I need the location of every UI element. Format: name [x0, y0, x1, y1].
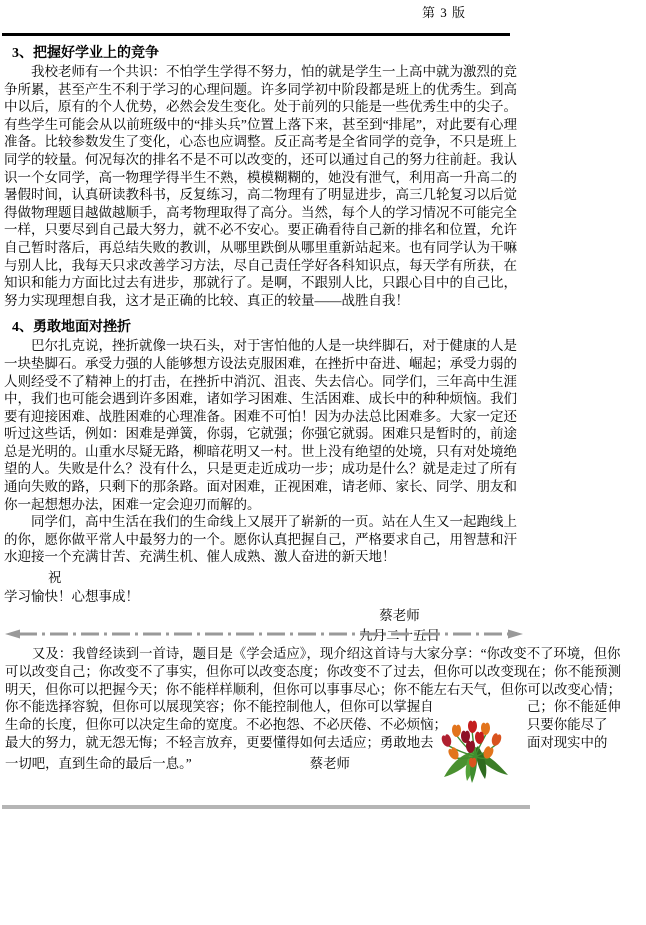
postscript: 又及：我曾经读到一首诗，题目是《学会适应》，现介绍这首诗与大家分享：“你改变不了… — [5, 645, 639, 774]
postscript-line: 生命的长度，但你可以决定生命的宽度。不必抱怨、不必厌倦、不必烦恼；只要你能尽了 — [5, 716, 639, 734]
page-number-label: 第 3 版 — [422, 5, 466, 20]
dashed-arrow-divider — [3, 628, 525, 640]
letter-signature: 蔡老师 — [4, 606, 517, 626]
newspaper-page: 第 3 版 3、把握好学业上的竞争 我校老师有一个共识：不怕学生学得不努力，怕的… — [0, 0, 646, 925]
postscript-line: 你不能选择容貌，但你可以展现笑容；你不能控制他人，但你可以掌握自己；你不能延伸 — [5, 698, 639, 716]
arrow-left-icon — [5, 630, 20, 639]
footer-rule — [2, 805, 530, 809]
closing-salute: 祝 — [4, 568, 517, 587]
postscript-line: 一切吧，直到生命的最后一息。”蔡老师 — [5, 754, 639, 774]
section-4-heading: 4、勇敢地面对挫折 — [4, 318, 517, 337]
letter-body: 3、把握好学业上的竞争 我校老师有一个共识：不怕学生学得不努力，怕的就是学生一上… — [4, 44, 517, 646]
closing-wish: 学习愉快！心想事成！ — [4, 587, 517, 606]
section-3-paragraph: 我校老师有一个共识：不怕学生学得不努力，怕的就是学生一上高中就为激烈的竞争所累，… — [4, 63, 517, 309]
section-4-paragraph-1: 巴尔扎克说，挫折就像一块石头，对于害怕他的人是一块绊脚石，对于健康的人是一块垫脚… — [4, 337, 517, 513]
header-rule — [2, 33, 510, 36]
arrow-right-icon — [508, 630, 523, 639]
postscript-line: 又及：我曾经读到一首诗，题目是《学会适应》，现介绍这首诗与大家分享：“你改变不了… — [5, 645, 639, 663]
section-4-paragraph-2: 同学们，高中生活在我们的生命线上又展开了崭新的一页。站在人生又一起跑线上的你，愿… — [4, 513, 517, 566]
postscript-line: 明天，但你可以把握今天；你不能样样顺利，但你可以事事尽心；你不能左右天气，但你可… — [5, 681, 639, 699]
postscript-line: 最大的努力，就无怨无悔；不轻言放弃，更要懂得如何去适应；勇敢地去面对现实中的 — [5, 734, 639, 752]
postscript-signature: 蔡老师 — [310, 754, 350, 774]
postscript-line: 可以改变自己；你改变不了事实，但你可以改变态度；你改变不了过去，但你可以改变现在… — [5, 663, 639, 681]
tulip-bouquet-image — [439, 720, 513, 786]
section-3-heading: 3、把握好学业上的竞争 — [4, 44, 517, 63]
